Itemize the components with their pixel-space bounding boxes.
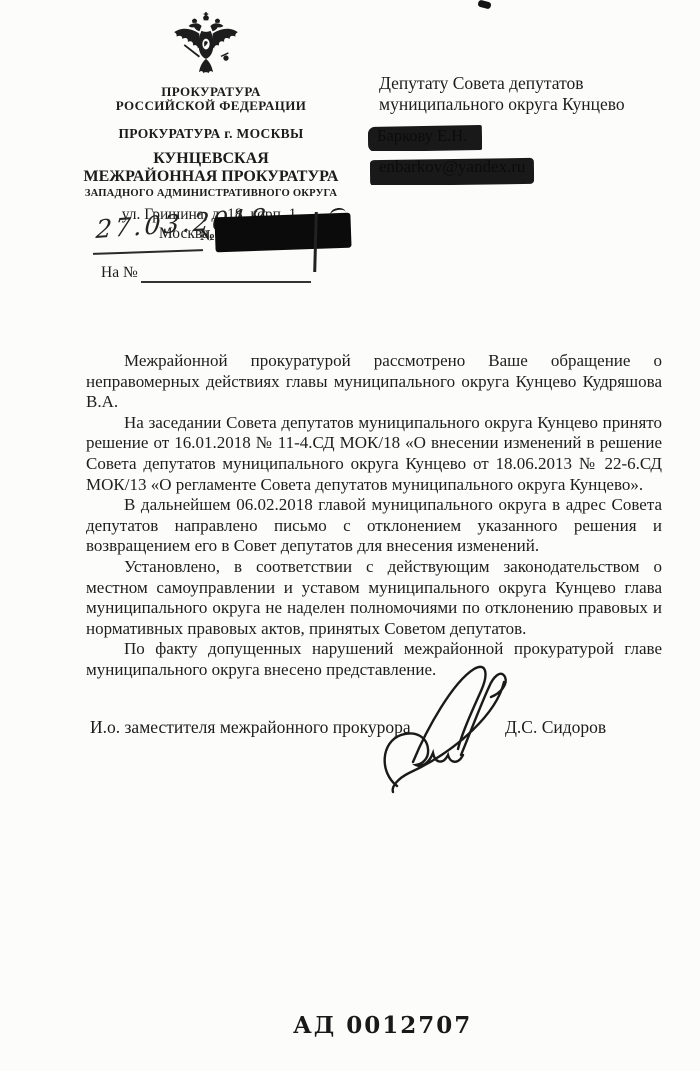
reference-number-label: На № — [101, 264, 138, 282]
russian-coat-of-arms-icon — [169, 10, 243, 84]
office-name-line-1: КУНЦЕВСКАЯ — [60, 150, 362, 168]
redacted-recipient-email: enbarkov@yandex.ru — [370, 155, 534, 185]
org-name-line-1: ПРОКУРАТУРА — [60, 85, 362, 99]
scanned-letter-page: ПРОКУРАТУРА РОССИЙСКОЙ ФЕДЕРАЦИИ ПРОКУРА… — [0, 0, 700, 1071]
recipient-line-1: Депутату Совета депутатов — [379, 73, 679, 94]
recipient-line-2: муниципального округа Кунцево — [379, 94, 679, 115]
body-paragraph-2: На заседании Совета депутатов муниципаль… — [86, 413, 662, 495]
body-paragraph-1: Межрайонной прокуратурой рассмотрено Ваш… — [86, 351, 662, 413]
org-name-line-2: РОССИЙСКОЙ ФЕДЕРАЦИИ — [60, 99, 362, 113]
body-paragraph-3: В дальнейшем 06.02.2018 главой муниципал… — [86, 495, 662, 557]
district-line: ЗАПАДНОГО АДМИНИСТРАТИВНОГО ОКРУГА — [60, 188, 362, 199]
city-prosecutor-line: ПРОКУРАТУРА г. МОСКВЫ — [60, 126, 362, 142]
signature-handwriting — [375, 656, 565, 800]
body-paragraph-4: Установлено, в соответствии с действующи… — [86, 557, 662, 639]
reference-number-blank-line — [141, 281, 311, 283]
letter-body: Межрайонной прокуратурой рассмотрено Ваш… — [86, 351, 662, 681]
signer-title: И.о. заместителя межрайонного прокурора — [90, 717, 411, 738]
redaction-bar-email — [370, 158, 534, 185]
redacted-recipient-name: Баркову Е.Н. — [368, 124, 482, 151]
body-paragraph-5: По факту допущенных нарушений межрайонно… — [86, 639, 662, 680]
office-name-line-2: МЕЖРАЙОННАЯ ПРОКУРАТУРА — [60, 168, 362, 186]
form-serial-number: АД 0012707 — [293, 1012, 472, 1039]
redaction-bar-name — [368, 125, 482, 151]
scan-artifact-speck — [477, 0, 491, 9]
recipient-block: Депутату Совета депутатов муниципального… — [379, 73, 679, 115]
date-underline — [93, 249, 203, 255]
number-sign-label: № — [200, 228, 215, 245]
